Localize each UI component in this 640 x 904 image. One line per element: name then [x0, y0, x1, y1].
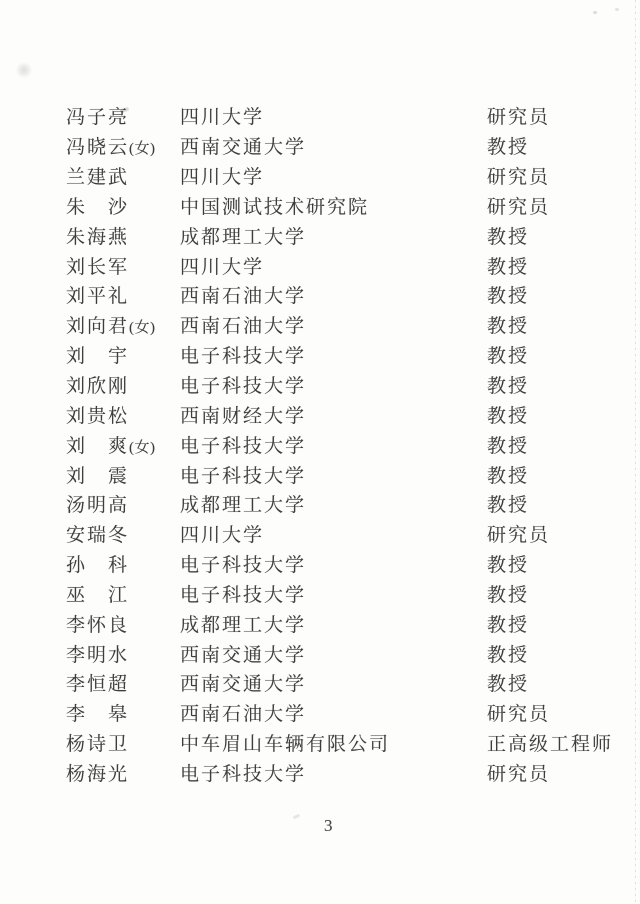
- person-affiliation: 西南交通大学: [180, 640, 487, 667]
- person-title: 教授: [487, 640, 529, 667]
- person-name: 朱海燕: [66, 222, 180, 249]
- person-name: 刘欣刚: [66, 371, 180, 398]
- person-affiliation: 西南石油大学: [180, 699, 487, 726]
- person-name: 杨诗卫: [66, 729, 180, 756]
- person-name-text: 刘长军: [66, 257, 129, 278]
- person-name-text: 杨诗卫: [66, 734, 129, 755]
- scan-speck: [593, 11, 597, 14]
- person-title: 研究员: [487, 699, 550, 726]
- personnel-roster: 冯子亮四川大学研究员冯晓云(女)西南交通大学教授兰建武四川大学研究员朱 沙中国测…: [66, 101, 626, 787]
- person-title: 教授: [487, 669, 529, 696]
- person-name: 刘向君(女): [66, 311, 180, 338]
- page-number: 3: [324, 816, 333, 836]
- person-name: 刘 震: [66, 461, 180, 488]
- person-title: 教授: [487, 252, 529, 279]
- person-name: 兰建武: [66, 162, 180, 189]
- person-affiliation: 电子科技大学: [180, 431, 487, 458]
- person-name: 刘 宇: [66, 341, 180, 368]
- person-title: 教授: [487, 371, 529, 398]
- person-affiliation: 电子科技大学: [180, 580, 487, 607]
- person-affiliation: 电子科技大学: [180, 341, 487, 368]
- table-row: 安瑞冬四川大学研究员: [66, 519, 626, 549]
- table-row: 巫 江电子科技大学教授: [66, 579, 626, 609]
- scan-speck: [293, 814, 301, 820]
- table-row: 刘向君(女)西南石油大学教授: [66, 310, 626, 340]
- person-affiliation: 电子科技大学: [180, 371, 487, 398]
- person-title: 教授: [487, 550, 529, 577]
- person-name: 巫 江: [66, 580, 180, 607]
- person-name-text: 刘 爽: [66, 436, 129, 457]
- person-name: 刘长军: [66, 252, 180, 279]
- person-title: 正高级工程师: [487, 729, 613, 756]
- table-row: 刘 宇电子科技大学教授: [66, 340, 626, 370]
- person-title: 教授: [487, 610, 529, 637]
- table-row: 冯子亮四川大学研究员: [66, 101, 626, 131]
- person-name-text: 汤明高: [66, 495, 129, 516]
- person-name-text: 安瑞冬: [66, 525, 129, 546]
- person-name-text: 刘 宇: [66, 346, 129, 367]
- person-name-text: 刘向君: [66, 316, 129, 337]
- table-row: 刘长军四川大学教授: [66, 250, 626, 280]
- table-row: 杨海光电子科技大学研究员: [66, 758, 626, 788]
- table-row: 李 皋西南石油大学研究员: [66, 698, 626, 728]
- person-affiliation: 四川大学: [180, 162, 487, 189]
- person-name: 汤明高: [66, 490, 180, 517]
- person-name: 李恒超: [66, 669, 180, 696]
- person-name-text: 朱海燕: [66, 227, 129, 248]
- table-row: 刘平礼西南石油大学教授: [66, 280, 626, 310]
- person-title: 教授: [487, 281, 529, 308]
- person-name-text: 冯晓云: [66, 137, 129, 158]
- person-affiliation: 电子科技大学: [180, 759, 487, 786]
- person-title: 教授: [487, 580, 529, 607]
- person-name-text: 刘 震: [66, 466, 129, 487]
- gender-suffix: (女): [129, 141, 156, 157]
- person-name: 李 皋: [66, 699, 180, 726]
- person-title: 教授: [487, 401, 529, 428]
- table-row: 朱 沙中国测试技术研究院研究员: [66, 191, 626, 221]
- person-name: 杨海光: [66, 759, 180, 786]
- person-affiliation: 四川大学: [180, 252, 487, 279]
- table-row: 汤明高成都理工大学教授: [66, 489, 626, 519]
- person-title: 研究员: [487, 759, 550, 786]
- scanned-document-page: 冯子亮四川大学研究员冯晓云(女)西南交通大学教授兰建武四川大学研究员朱 沙中国测…: [0, 0, 640, 904]
- table-row: 刘贵松西南财经大学教授: [66, 399, 626, 429]
- person-name: 刘 爽(女): [66, 431, 180, 458]
- table-row: 孙 科电子科技大学教授: [66, 549, 626, 579]
- person-affiliation: 成都理工大学: [180, 222, 487, 249]
- person-name: 安瑞冬: [66, 520, 180, 547]
- table-row: 刘 震电子科技大学教授: [66, 459, 626, 489]
- table-row: 朱海燕成都理工大学教授: [66, 220, 626, 250]
- person-affiliation: 电子科技大学: [180, 461, 487, 488]
- person-name: 李明水: [66, 640, 180, 667]
- person-title: 教授: [487, 341, 529, 368]
- table-row: 兰建武四川大学研究员: [66, 161, 626, 191]
- person-affiliation: 成都理工大学: [180, 490, 487, 517]
- person-title: 研究员: [487, 102, 550, 129]
- person-name-text: 冯子亮: [66, 107, 129, 128]
- person-name: 冯晓云(女): [66, 132, 180, 159]
- person-name: 刘平礼: [66, 281, 180, 308]
- person-name-text: 刘欣刚: [66, 376, 129, 397]
- person-name-text: 朱 沙: [66, 197, 129, 218]
- scan-smudge: [16, 62, 32, 78]
- gender-suffix: (女): [129, 440, 156, 456]
- person-affiliation: 中国测试技术研究院: [180, 192, 487, 219]
- person-name-text: 李怀良: [66, 615, 129, 636]
- person-name-text: 刘贵松: [66, 406, 129, 427]
- person-affiliation: 西南交通大学: [180, 132, 487, 159]
- person-name-text: 李 皋: [66, 704, 129, 725]
- person-name-text: 李恒超: [66, 674, 129, 695]
- person-affiliation: 西南石油大学: [180, 281, 487, 308]
- person-name-text: 杨海光: [66, 764, 129, 785]
- table-row: 冯晓云(女)西南交通大学教授: [66, 131, 626, 161]
- table-row: 杨诗卫中车眉山车辆有限公司正高级工程师: [66, 728, 626, 758]
- person-name-text: 刘平礼: [66, 286, 129, 307]
- person-title: 教授: [487, 311, 529, 338]
- table-row: 李明水西南交通大学教授: [66, 638, 626, 668]
- table-row: 李怀良成都理工大学教授: [66, 608, 626, 638]
- person-affiliation: 四川大学: [180, 102, 487, 129]
- person-name: 刘贵松: [66, 401, 180, 428]
- person-name-text: 巫 江: [66, 585, 129, 606]
- person-affiliation: 电子科技大学: [180, 550, 487, 577]
- person-name-text: 兰建武: [66, 167, 129, 188]
- person-affiliation: 西南交通大学: [180, 669, 487, 696]
- person-name-text: 李明水: [66, 645, 129, 666]
- person-title: 教授: [487, 490, 529, 517]
- person-affiliation: 西南财经大学: [180, 401, 487, 428]
- table-row: 刘 爽(女)电子科技大学教授: [66, 429, 626, 459]
- person-title: 研究员: [487, 520, 550, 547]
- person-name-text: 孙 科: [66, 555, 129, 576]
- person-name: 孙 科: [66, 550, 180, 577]
- person-affiliation: 成都理工大学: [180, 610, 487, 637]
- person-name: 李怀良: [66, 610, 180, 637]
- person-title: 教授: [487, 132, 529, 159]
- table-row: 李恒超西南交通大学教授: [66, 668, 626, 698]
- person-name: 冯子亮: [66, 102, 180, 129]
- person-title: 教授: [487, 431, 529, 458]
- table-row: 刘欣刚电子科技大学教授: [66, 370, 626, 400]
- person-title: 教授: [487, 222, 529, 249]
- scan-speck: [615, 8, 619, 11]
- person-affiliation: 中车眉山车辆有限公司: [180, 729, 487, 756]
- person-affiliation: 四川大学: [180, 520, 487, 547]
- person-affiliation: 西南石油大学: [180, 311, 487, 338]
- person-name: 朱 沙: [66, 192, 180, 219]
- person-title: 研究员: [487, 192, 550, 219]
- scan-edge-artifact: [635, 0, 636, 904]
- person-title: 教授: [487, 461, 529, 488]
- person-title: 研究员: [487, 162, 550, 189]
- gender-suffix: (女): [129, 320, 156, 336]
